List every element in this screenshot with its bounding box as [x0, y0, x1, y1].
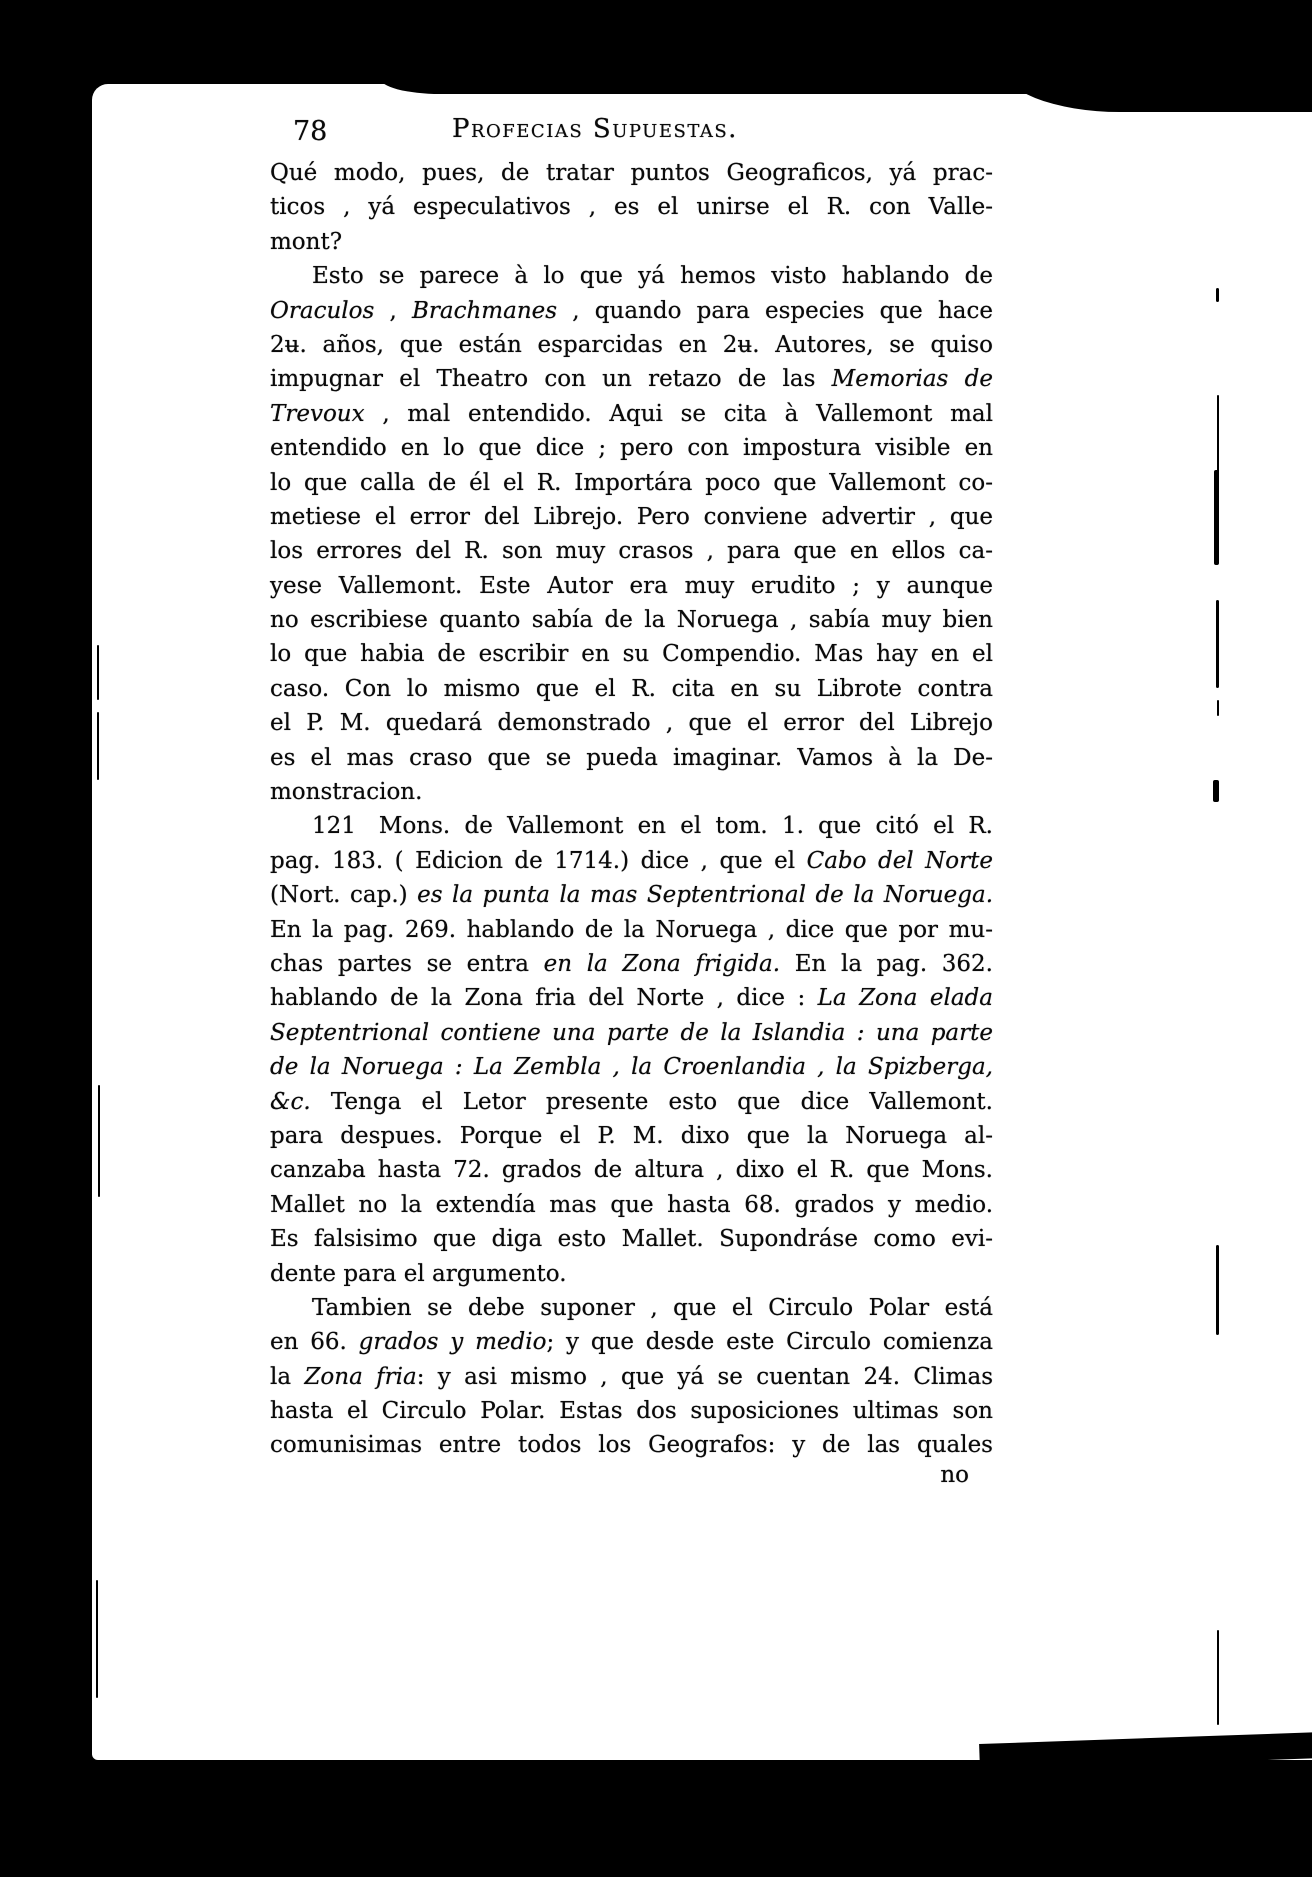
text-segment: los errores del R. son muy crasos , para… — [270, 538, 993, 564]
text-segment: monstracion. — [270, 779, 422, 805]
text-line: monstracion. — [270, 775, 993, 809]
page-number: 78 — [293, 116, 327, 147]
text-segment: metiese el error del Librejo. Pero convi… — [270, 504, 993, 530]
text-line: caso. Con lo mismo que el R. cita en su … — [270, 672, 993, 706]
text-segment: para despues. Porque el P. M. dixo que l… — [270, 1123, 993, 1149]
scan-artifact — [1216, 1245, 1219, 1335]
scan-artifact — [1217, 1630, 1219, 1725]
text-line: (Nort. cap.) es la punta la mas Septentr… — [270, 878, 993, 912]
text-segment-italic: Septentrional contiene una parte de la I… — [270, 1020, 993, 1046]
scan-artifact — [1217, 700, 1219, 716]
text-segment: es el mas craso que se pueda imaginar. V… — [270, 745, 993, 771]
text-line: los errores del R. son muy crasos , para… — [270, 534, 993, 568]
text-line: la Zona fria: y asi mismo , que yá se cu… — [270, 1360, 993, 1394]
text-segment: comunisimas entre todos los Geografos: y… — [270, 1432, 993, 1458]
text-segment-italic: de la Noruega : La Zembla , la Croenland… — [270, 1054, 993, 1080]
running-title: Profecias Supuestas. — [452, 114, 738, 144]
text-segment: yese Vallemont. Este Autor era muy erudi… — [270, 573, 993, 599]
text-segment: pag. 183. ( Edicion de 1714.) dice , que… — [270, 848, 807, 874]
scan-artifact — [1216, 600, 1219, 688]
text-segment: , mal entendido. Aqui se cita à Vallemon… — [365, 401, 993, 427]
text-segment: chas partes se entra — [270, 951, 544, 977]
text-segment-italic: Trevoux — [270, 401, 365, 427]
text-segment-italic: Oraculos — [270, 298, 374, 324]
text-segment: ; y que desde este Circulo comienza — [546, 1329, 993, 1355]
text-line: hasta el Circulo Polar. Estas dos suposi… — [270, 1394, 993, 1428]
text-segment: impugnar el Theatro con un retazo de las — [270, 366, 832, 392]
text-segment-italic: &c. — [270, 1089, 311, 1115]
text-segment-italic: Memorias de — [832, 366, 993, 392]
text-segment: Qué modo, pues, de tratar puntos Geograf… — [270, 160, 993, 186]
text-segment: entendido en lo que dice ; pero con impo… — [270, 435, 993, 461]
text-segment: dente para el argumento. — [270, 1261, 567, 1287]
text-line: de la Noruega : La Zembla , la Croenland… — [270, 1050, 993, 1084]
text-line: hablando de la Zona fria del Norte , dic… — [270, 981, 993, 1015]
text-segment: lo que calla de él el R. Importára poco … — [270, 470, 993, 496]
text-line: canzaba hasta 72. grados de altura , dix… — [270, 1153, 993, 1187]
text-segment: Tenga el Letor presente esto que dice Va… — [311, 1089, 993, 1115]
text-line: metiese el error del Librejo. Pero convi… — [270, 500, 993, 534]
text-segment: , quando para especies que hace — [557, 298, 993, 324]
text-line: es el mas craso que se pueda imaginar. V… — [270, 741, 993, 775]
scan-artifact — [1216, 288, 1219, 302]
text-segment: caso. Con lo mismo que el R. cita en su … — [270, 676, 993, 702]
text-line: Esto se parece à lo que yá hemos visto h… — [270, 259, 993, 293]
text-segment: Tambien se debe suponer , que el Circulo… — [312, 1295, 993, 1321]
text-line: chas partes se entra en la Zona frigida.… — [270, 947, 993, 981]
text-segment: Es falsisimo que diga esto Mallet. Supon… — [270, 1226, 993, 1252]
text-line: 121 Mons. de Vallemont en el tom. 1. que… — [270, 809, 993, 843]
text-line: comunisimas entre todos los Geografos: y… — [270, 1428, 993, 1462]
text-segment: Esto se parece à lo que yá hemos visto h… — [312, 263, 993, 289]
text-line: pag. 183. ( Edicion de 1714.) dice , que… — [270, 844, 993, 878]
text-segment-italic: grados y medio — [359, 1329, 547, 1355]
text-segment-italic: Brachmanes — [412, 298, 557, 324]
text-segment-italic: es la punta la mas Septentrional de la N… — [417, 882, 993, 908]
text-segment: lo que habia de escribir en su Compendio… — [270, 641, 993, 667]
text-segment-italic: Zona fria — [304, 1364, 416, 1390]
text-segment: (Nort. cap.) — [270, 882, 417, 908]
text-segment: , — [374, 298, 412, 324]
scan-border-top-right — [1000, 0, 1312, 112]
text-segment: En la pag. 269. hablando de la Noruega ,… — [270, 917, 993, 943]
text-line: en 66. grados y medio; y que desde este … — [270, 1325, 993, 1359]
text-segment: Mallet no la extendía mas que hasta 68. … — [270, 1192, 993, 1218]
text-segment-italic: Cabo del Norte — [807, 848, 993, 874]
text-line: 2ʉ. años, que están esparcidas en 2ʉ. Au… — [270, 328, 993, 362]
text-line: Septentrional contiene una parte de la I… — [270, 1016, 993, 1050]
scan-artifact — [1217, 395, 1219, 473]
text-line: Trevoux , mal entendido. Aqui se cita à … — [270, 397, 993, 431]
text-segment: la — [270, 1364, 304, 1390]
text-line: impugnar el Theatro con un retazo de las… — [270, 362, 993, 396]
text-line: no escribiese quanto sabía de la Noruega… — [270, 603, 993, 637]
body-text: Qué modo, pues, de tratar puntos Geograf… — [270, 156, 993, 1463]
text-segment: mont? — [270, 229, 342, 255]
text-line: Qué modo, pues, de tratar puntos Geograf… — [270, 156, 993, 190]
text-line: lo que calla de él el R. Importára poco … — [270, 466, 993, 500]
text-line: dente para el argumento. — [270, 1257, 993, 1291]
scan-artifact — [97, 712, 99, 780]
catchword: no — [270, 1462, 993, 1488]
text-line: &c. Tenga el Letor presente esto que dic… — [270, 1085, 993, 1119]
text-line: lo que habia de escribir en su Compendio… — [270, 637, 993, 671]
text-segment: En la pag. 362. — [780, 951, 993, 977]
text-segment: no escribiese quanto sabía de la Noruega… — [270, 607, 993, 633]
text-line: yese Vallemont. Este Autor era muy erudi… — [270, 569, 993, 603]
text-line: Oraculos , Brachmanes , quando para espe… — [270, 294, 993, 328]
text-line: En la pag. 269. hablando de la Noruega ,… — [270, 913, 993, 947]
scan-border-bottom — [0, 1760, 1312, 1877]
scan-artifact — [1213, 780, 1219, 802]
scanned-book-page: 78 Profecias Supuestas. Qué modo, pues, … — [0, 0, 1312, 1877]
text-segment: 2ʉ. años, que están esparcidas en 2ʉ. Au… — [270, 332, 993, 358]
text-line: mont? — [270, 225, 993, 259]
text-segment: en 66. — [270, 1329, 359, 1355]
text-segment-italic: La Zona elada — [818, 985, 993, 1011]
scan-artifact — [97, 645, 99, 700]
text-line: Mallet no la extendía mas que hasta 68. … — [270, 1188, 993, 1222]
text-segment: canzaba hasta 72. grados de altura , dix… — [270, 1157, 993, 1183]
text-line: para despues. Porque el P. M. dixo que l… — [270, 1119, 993, 1153]
text-segment: : y asi mismo , que yá se cuentan 24. Cl… — [417, 1364, 993, 1390]
text-segment: 121 Mons. de Vallemont en el tom. 1. que… — [312, 813, 993, 839]
text-line: el P. M. quedará demonstrado , que el er… — [270, 706, 993, 740]
text-line: Tambien se debe suponer , que el Circulo… — [270, 1291, 993, 1325]
scan-artifact — [98, 1085, 100, 1197]
scan-artifact — [1214, 470, 1219, 565]
text-segment: hasta el Circulo Polar. Estas dos suposi… — [270, 1398, 993, 1424]
text-line: entendido en lo que dice ; pero con impo… — [270, 431, 993, 465]
text-segment: hablando de la Zona fria del Norte , dic… — [270, 985, 818, 1011]
text-segment: ticos , yá especulativos , es el unirse … — [270, 194, 993, 220]
text-line: Es falsisimo que diga esto Mallet. Supon… — [270, 1222, 993, 1256]
scan-artifact — [96, 1580, 98, 1698]
text-line: ticos , yá especulativos , es el unirse … — [270, 190, 993, 224]
text-segment-italic: en la Zona frigida. — [544, 951, 780, 977]
text-segment: el P. M. quedará demonstrado , que el er… — [270, 710, 993, 736]
